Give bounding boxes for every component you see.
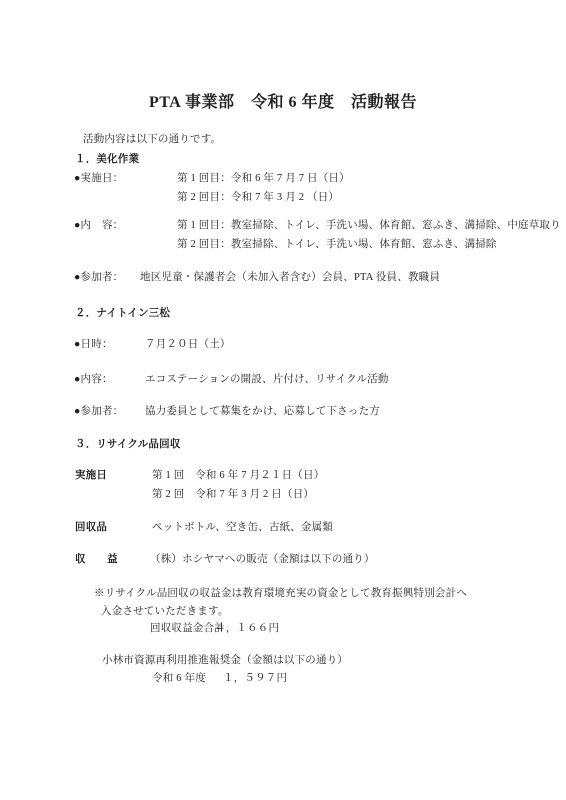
section1-participants-label: ●参加者： xyxy=(74,271,123,284)
section3-date-line1: 第 1 回 令和 6 年 7 月２１日（日） xyxy=(152,469,324,482)
section3-items-label: 回収品 xyxy=(75,521,107,534)
section1-content-label: ●内 容： xyxy=(74,219,123,232)
section2-content-label: ●内容： xyxy=(74,373,113,386)
section2-heading: ２．ナイトイン三松 xyxy=(75,307,170,320)
section3-note-line2: 入金させていただきます。 xyxy=(101,605,229,618)
section3-grant-amount: １，５９７円 xyxy=(223,672,287,685)
section2-participants-label: ●参加者： xyxy=(74,405,123,418)
section2-content-value: エコステーションの開設、片付け、リサイクル活動 xyxy=(145,373,389,386)
section3-grant-title: 小林市資源再利用推進報奨金（金額は以下の通り） xyxy=(102,654,348,667)
section1-heading: １．美化作業 xyxy=(75,153,139,166)
section1-participants-value: 地区児童・保護者会（未加入者含む）会員、PTA 役員、教職員 xyxy=(140,271,440,284)
section3-grant-year-label: 令和 6 年度 xyxy=(152,672,206,685)
section1-content-line1: 第 1 回目：教室掃除、トイレ、手洗い場、体育館、窓ふき、溝掃除、中庭草取り xyxy=(177,219,561,232)
intro-text: 活動内容は以下の通りです。 xyxy=(83,133,221,146)
document-page: PTA 事業部 令和 6 年度 活動報告 活動内容は以下の通りです。 １．美化作… xyxy=(0,0,566,800)
section3-profit-value: （株）ホシヤマへの販売（金額は以下の通り） xyxy=(150,553,375,566)
section1-content-line2: 第 2 回目：教室掃除、トイレ、手洗い場、体育館、窓ふき、溝掃除 xyxy=(177,238,497,251)
section3-total-label: 回収収益金合計 xyxy=(150,622,225,635)
section3-items-value: ペットボトル、空き缶、古紙、金属類 xyxy=(152,521,333,534)
section3-date-label: 実施日 xyxy=(75,469,107,482)
section3-total-amount: ４，１６６円 xyxy=(215,622,279,635)
document-title: PTA 事業部 令和 6 年度 活動報告 xyxy=(0,93,566,113)
section2-datetime-value: ７月２０日（土） xyxy=(145,338,231,351)
section1-date-line2: 第 2 回目：令和 7 年 3 月 2 （日） xyxy=(177,191,339,204)
section3-note-line1: ※リサイクル品回収の収益金は教育環境充実の資金として教育振興特別会計へ xyxy=(94,587,467,600)
section2-participants-value: 協力委員として募集をかけ、応募して下さった方 xyxy=(145,405,380,418)
section2-datetime-label: ●日時： xyxy=(74,338,113,351)
section1-date-label: ●実施日： xyxy=(74,172,123,185)
section3-date-line2: 第 2 回 令和 7 年 3 月 2 日（日） xyxy=(152,488,314,501)
section3-profit-label: 収 益 xyxy=(75,553,118,566)
section3-heading: ３．リサイクル品回収 xyxy=(75,438,181,451)
section1-date-line1: 第 1 回目：令和 6 年 7 月 7 日（日） xyxy=(177,172,350,185)
